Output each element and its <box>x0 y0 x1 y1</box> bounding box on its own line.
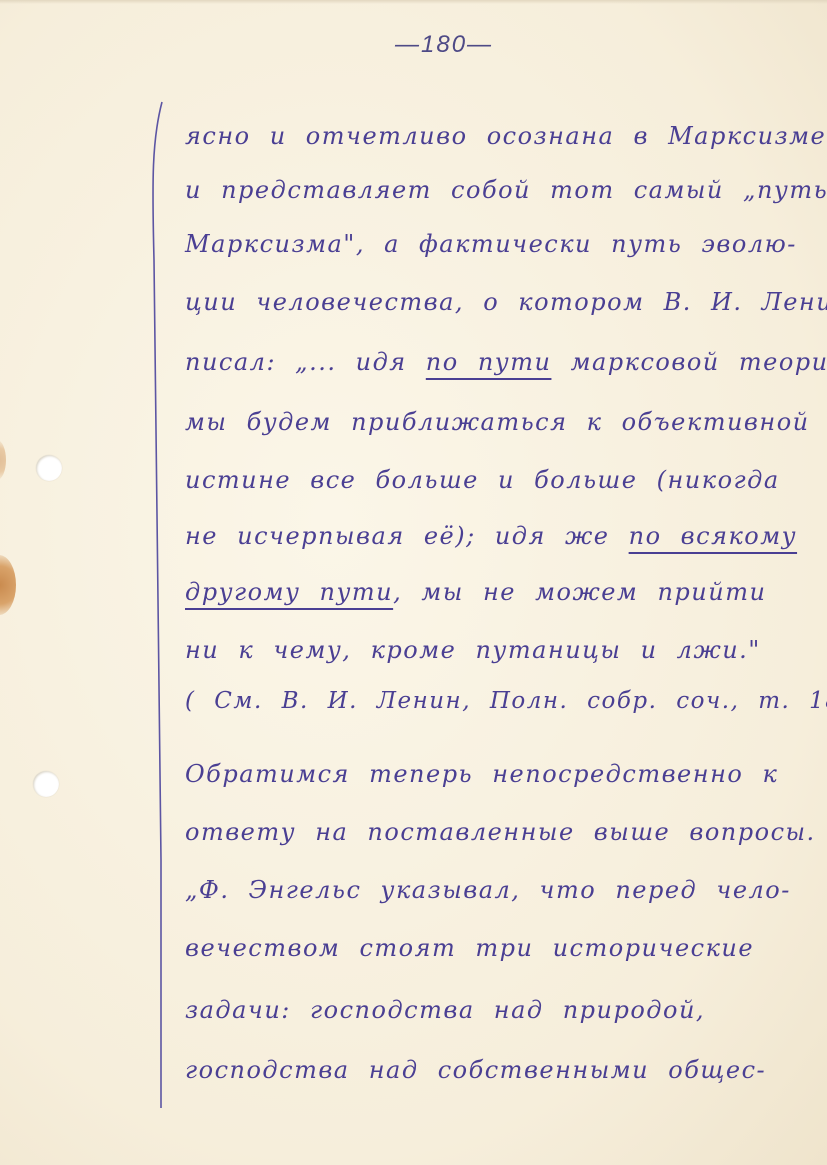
text-line: истине все больше и больше (никогда <box>185 466 780 494</box>
line-text: задачи: господства над природой, <box>185 996 705 1024</box>
text-line: господства над собственными общес- <box>185 1056 766 1084</box>
line-text: мы будем приближаться к объективной <box>185 408 810 436</box>
line-text: „Ф. Энгельс указывал, что перед чело- <box>185 876 791 904</box>
punch-hole-top <box>36 455 62 481</box>
line-text: ответу на поставленные выше вопросы. <box>185 818 816 846</box>
text-line: вечеством стоят три исторические <box>185 934 754 962</box>
underlined-text: другому пути <box>185 578 393 606</box>
text-line: и представляет собой тот самый „путь <box>185 176 827 204</box>
page-number: —180— <box>395 31 493 59</box>
text-line: ( См. В. И. Ленин, Полн. собр. соч., т. … <box>185 688 827 714</box>
text-line: задачи: господства над природой, <box>185 996 705 1024</box>
line-text: Марксизма", а фактически путь эволю- <box>185 230 797 258</box>
text-line: „Ф. Энгельс указывал, что перед чело- <box>185 876 791 904</box>
text-line: ции человечества, о котором В. И. Ленин <box>185 288 827 316</box>
line-text: истине все больше и больше (никогда <box>185 466 780 494</box>
margin-line <box>140 100 180 1110</box>
line-text: господства над собственными общес- <box>185 1056 766 1084</box>
stain-mark <box>0 440 6 480</box>
text-line: ответу на поставленные выше вопросы. <box>185 818 816 846</box>
paper-top-edge <box>0 0 827 4</box>
line-text: вечеством стоят три исторические <box>185 934 754 962</box>
text-line: Марксизма", а фактически путь эволю- <box>185 230 797 258</box>
line-text: марксовой теории, <box>551 348 827 376</box>
line-text: и представляет собой тот самый „путь <box>185 176 827 204</box>
text-line: ни к чему, кроме путаницы и лжи." <box>185 636 761 664</box>
text-line: ясно и отчетливо осознана в Марксизме <box>185 122 826 150</box>
text-line: писал: „... идя по пути марксовой теории… <box>185 348 827 376</box>
underlined-text: по пути <box>426 348 552 376</box>
text-line: мы будем приближаться к объективной <box>185 408 810 436</box>
line-text: ции человечества, о котором В. И. Ленин <box>185 288 827 316</box>
text-line: Обратимся теперь непосредственно к <box>185 760 778 788</box>
line-text: писал: „... идя <box>185 348 426 376</box>
line-text: не исчерпывая её); идя же <box>185 522 629 550</box>
line-text: ни к чему, кроме путаницы и лжи." <box>185 636 761 664</box>
stain-mark <box>0 555 16 615</box>
punch-hole-bottom <box>33 771 59 797</box>
citation-text: ( См. В. И. Ленин, Полн. собр. соч., т. … <box>185 688 827 714</box>
line-text: ясно и отчетливо осознана в Марксизме <box>185 122 826 150</box>
text-line: не исчерпывая её); идя же по всякому <box>185 522 797 550</box>
text-line: другому пути, мы не можем прийти <box>185 578 766 606</box>
manuscript-page: —180— ясно и отчетливо осознана в Маркси… <box>0 0 827 1165</box>
line-text: Обратимся теперь непосредственно к <box>185 760 778 788</box>
line-text: , мы не можем прийти <box>393 578 766 606</box>
underlined-text: по всякому <box>629 522 797 550</box>
